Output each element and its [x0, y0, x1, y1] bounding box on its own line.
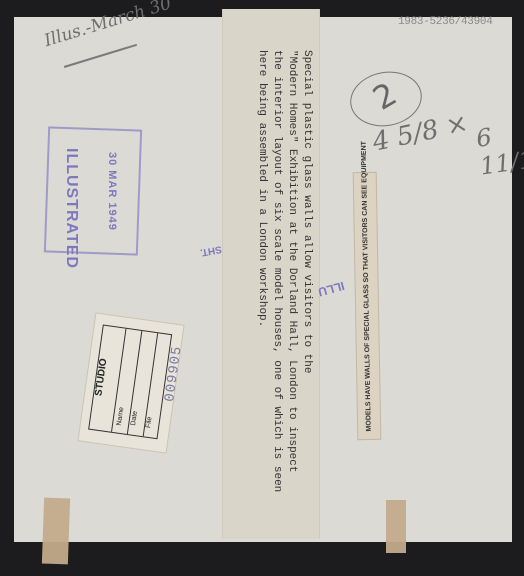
studio-label-title: STUDIO: [93, 358, 109, 397]
caption-line: Special plastic glass walls allow visito…: [299, 50, 314, 510]
studio-field-name: Name: [116, 407, 126, 426]
tape-piece-right: [386, 500, 406, 553]
caption-line: the interior layout of six scale model h…: [269, 50, 284, 510]
illustrated-stamp-box: [44, 126, 142, 255]
caption-line: here being assembled in a London worksho…: [254, 50, 269, 510]
printed-caption-text: MODELS HAVE WALLS OF SPECIAL GLASS SO TH…: [361, 173, 373, 431]
typed-caption: Special plastic glass walls allow visito…: [230, 50, 314, 510]
studio-label-frame: STUDIO Name Date File 009905: [88, 325, 172, 440]
tape-piece-left: [42, 498, 70, 565]
pencil-dimensions-height: 6 11/16: [474, 115, 524, 180]
stamp-date: 30 MAR 1949: [106, 152, 118, 231]
studio-field-file: File: [145, 416, 154, 428]
studio-label: STUDIO Name Date File 009905: [77, 312, 184, 453]
studio-field-date: Date: [130, 411, 139, 427]
printed-caption-strip: MODELS HAVE WALLS OF SPECIAL GLASS SO TH…: [353, 172, 382, 440]
caption-line: "Modern Homes" Exhibition at the Dorland…: [284, 50, 299, 510]
accession-number: 1983-5236/43904: [398, 16, 493, 28]
circled-number-value: 2: [366, 75, 403, 118]
stamp-illustrated: ILLUSTRATED: [62, 148, 80, 269]
